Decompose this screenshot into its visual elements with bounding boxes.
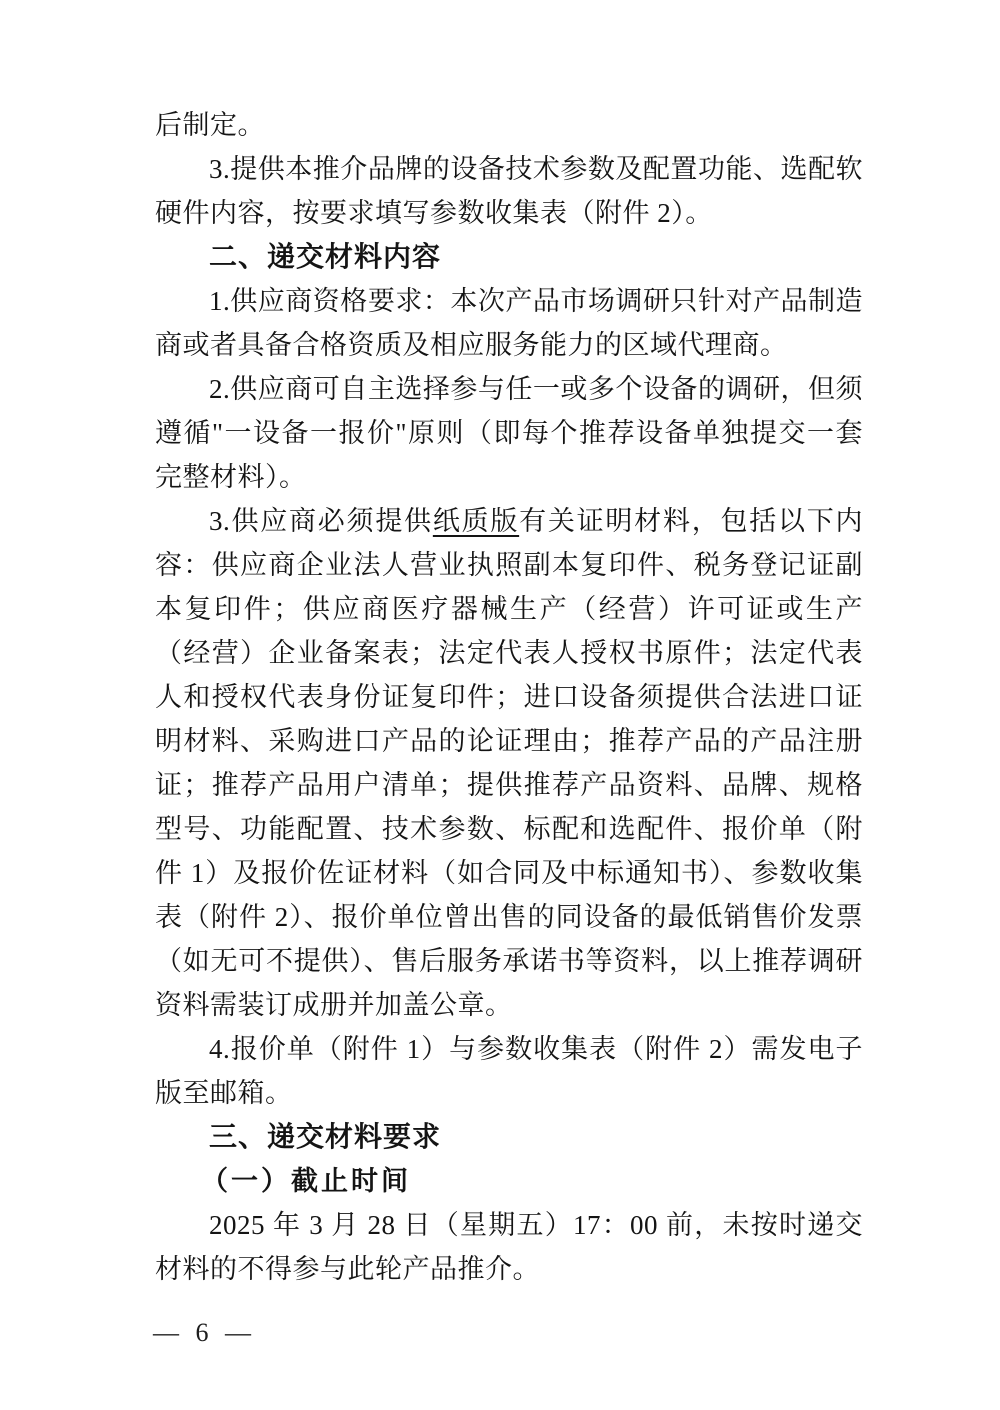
paragraph-one-device-one-quote: 2.供应商可自主选择参与任一或多个设备的调研，但须遵循"一设备一报价"原则（即每… — [155, 367, 863, 499]
paper-materials-text-after: 有关证明材料，包括以下内容：供应商企业法人营业执照副本复印件、税务登记证副本复印… — [155, 506, 863, 1020]
paragraph-deadline-date: 2025 年 3 月 28 日（星期五）17：00 前，未按时递交材料的不得参与… — [155, 1203, 863, 1291]
paper-materials-text-before: 3.供应商必须提供 — [209, 506, 433, 536]
paper-version-underlined-text: 纸质版 — [433, 506, 519, 536]
paragraph-continuation: 后制定。 — [155, 103, 863, 147]
paragraph-supplier-qualification: 1.供应商资格要求：本次产品市场调研只针对产品制造商或者具备合格资质及相应服务能… — [155, 279, 863, 367]
paragraph-electronic-version: 4.报价单（附件 1）与参数收集表（附件 2）需发电子版至邮箱。 — [155, 1027, 863, 1115]
heading-deadline-time: （一）截止时间 — [155, 1159, 863, 1203]
page-number: — 6 — — [153, 1318, 256, 1348]
heading-section3-materials-requirements: 三、递交材料要求 — [155, 1115, 863, 1159]
heading-section2-materials-content: 二、递交材料内容 — [155, 235, 863, 279]
document-page: 后制定。 3.提供本推介品牌的设备技术参数及配置功能、选配软硬件内容，按要求填写… — [0, 0, 1000, 1410]
paragraph-item3-tech-params: 3.提供本推介品牌的设备技术参数及配置功能、选配软硬件内容，按要求填写参数收集表… — [155, 147, 863, 235]
document-content: 后制定。 3.提供本推介品牌的设备技术参数及配置功能、选配软硬件内容，按要求填写… — [155, 103, 863, 1291]
paragraph-paper-materials-list: 3.供应商必须提供纸质版有关证明材料，包括以下内容：供应商企业法人营业执照副本复… — [155, 499, 863, 1027]
